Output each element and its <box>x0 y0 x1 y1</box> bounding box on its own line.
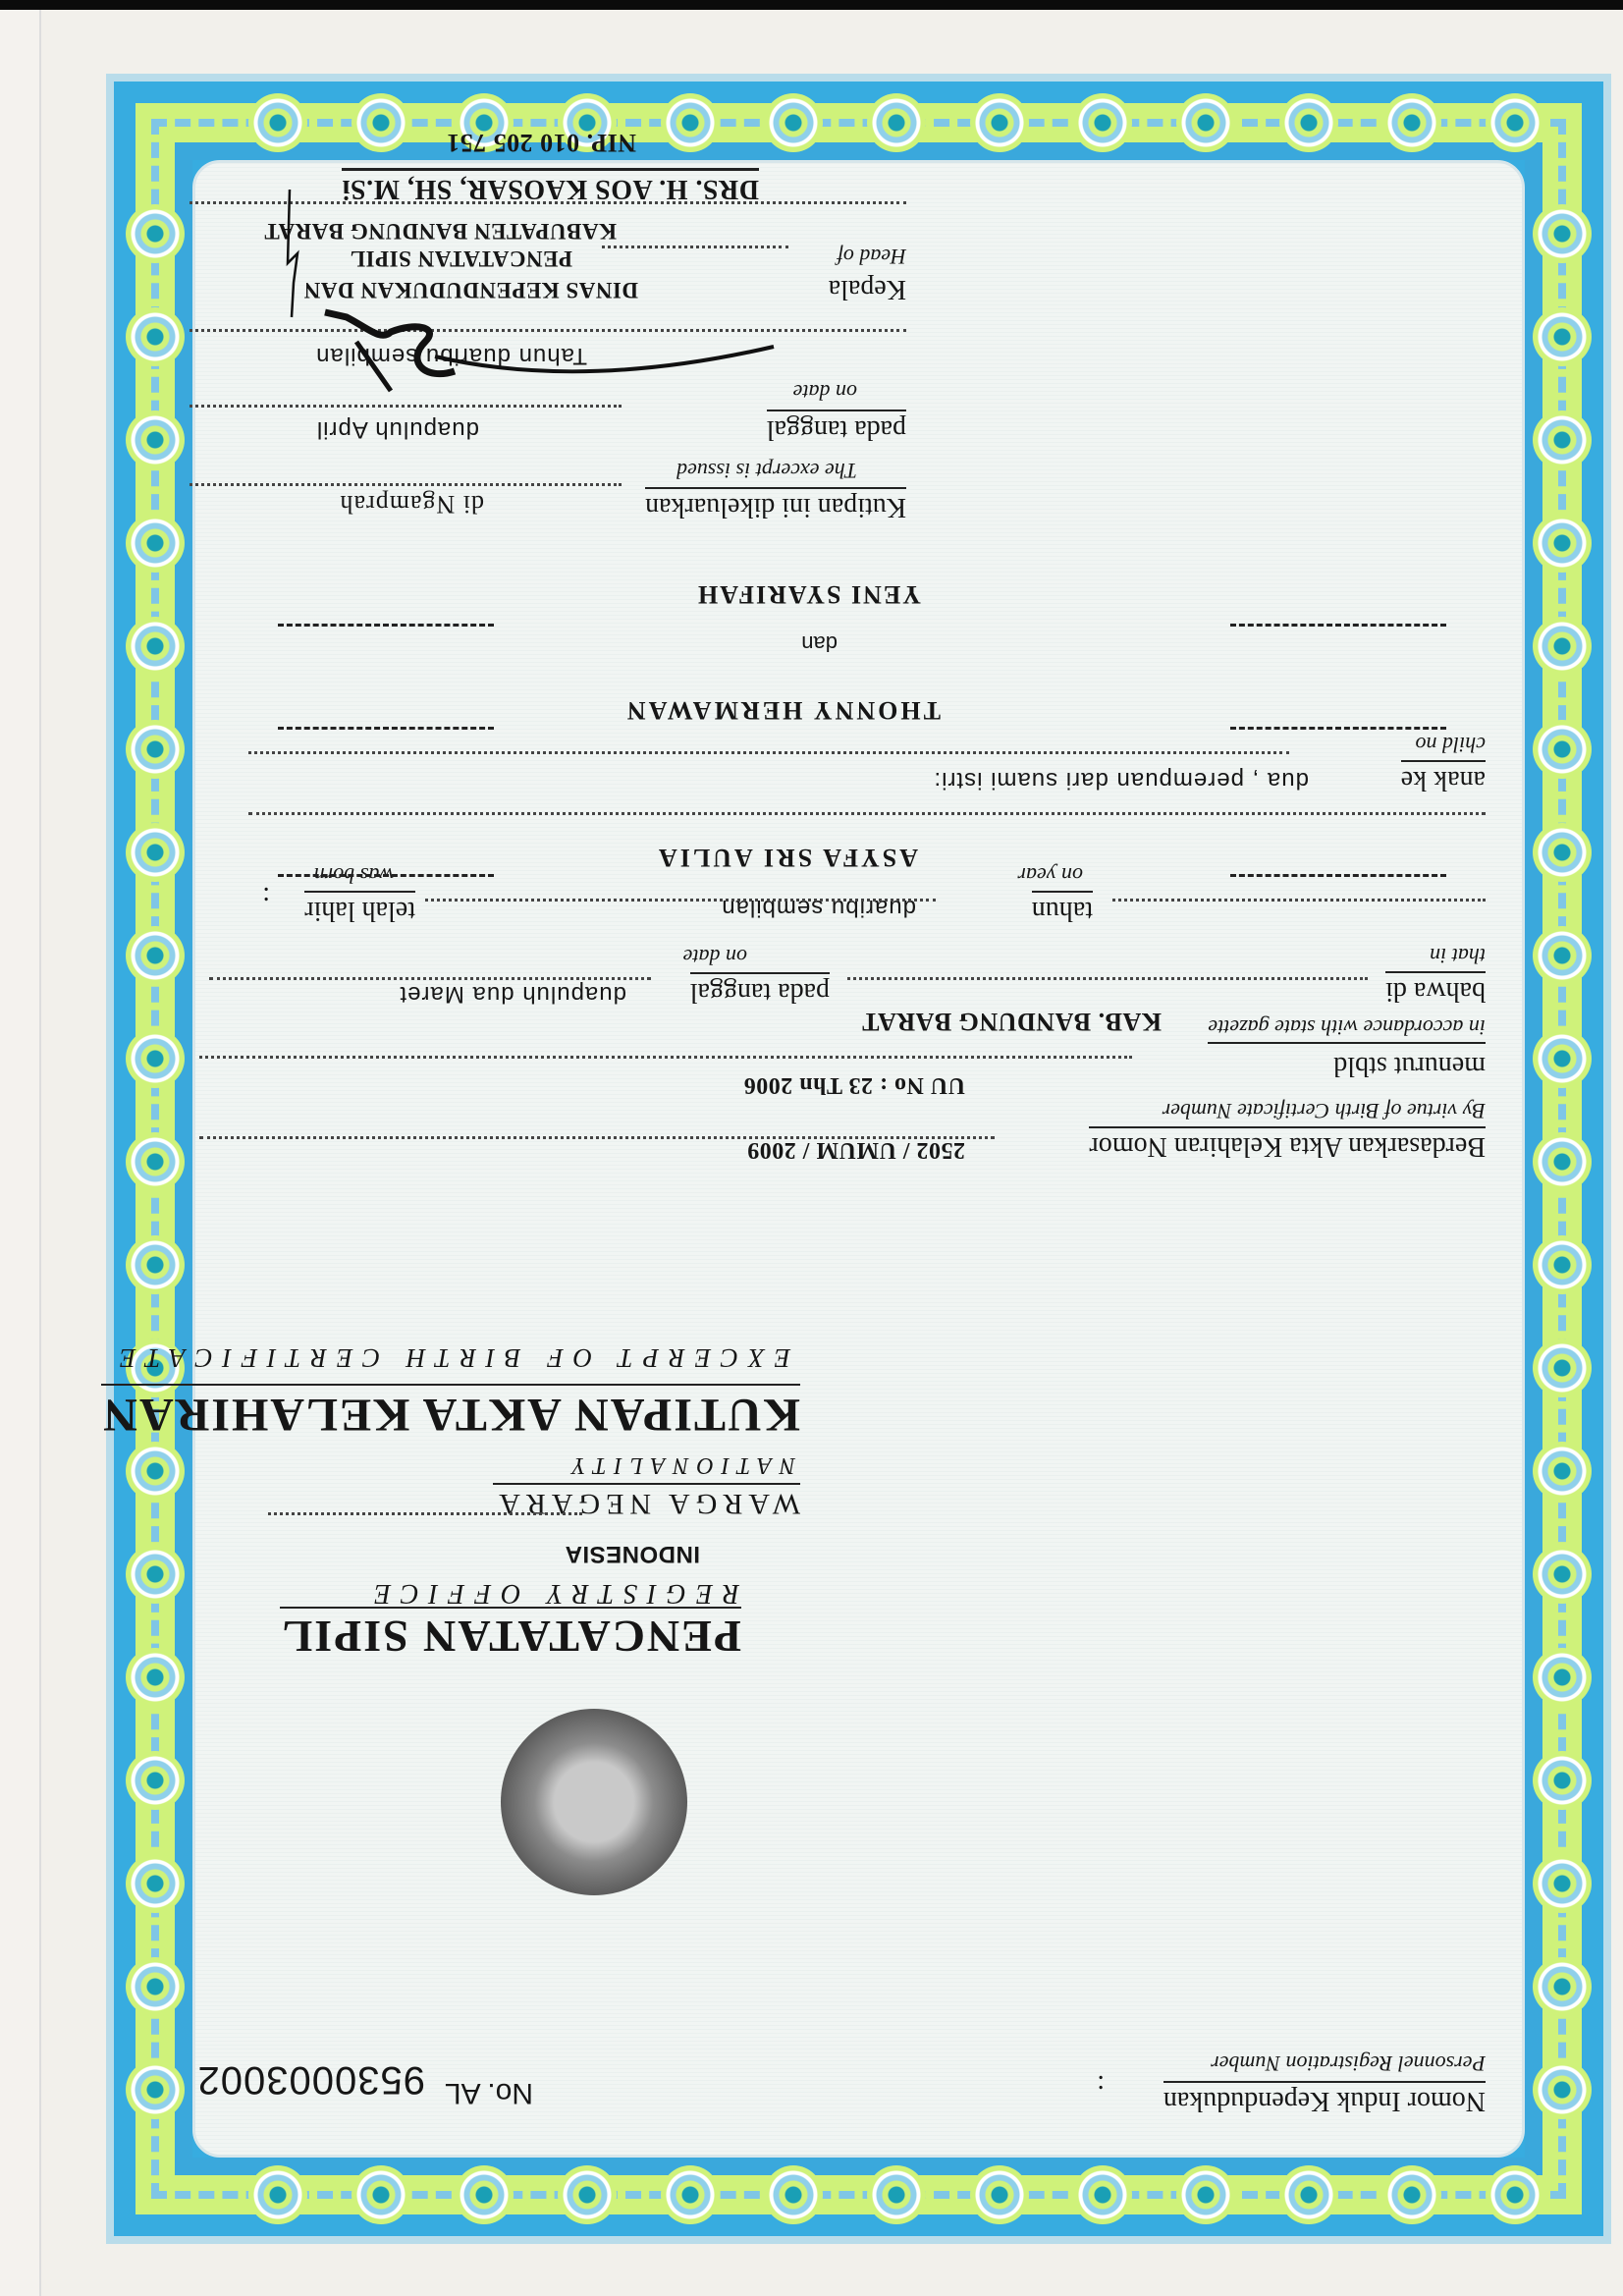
child-no-dotted-line <box>248 751 1289 754</box>
birth-year-dotted-line <box>425 899 936 902</box>
dash-right-2 <box>278 727 494 730</box>
border-ornament-icon <box>558 2165 617 2224</box>
cert-number-value: 2502 / UMUM / 2009 <box>747 1136 965 1163</box>
office-title-en: REGISTRY OFFICE <box>364 1577 739 1609</box>
conjunction: dan <box>801 630 838 656</box>
border-ornament-icon <box>764 2165 823 2224</box>
border-ornament-icon <box>970 93 1029 152</box>
issued-date-dotted-line <box>189 405 622 408</box>
document-title-en: EXCERPT OF BIRTH CERTIFICATE <box>110 1342 790 1373</box>
border-ornament-icon <box>126 1545 185 1604</box>
border-ornament-icon <box>1533 1957 1592 2016</box>
issued-label-en: The excerpt is issued <box>676 458 857 483</box>
gazette-value: UU No : 23 Thn 2006 <box>743 1071 965 1098</box>
border-ornament-icon <box>126 204 185 263</box>
birth-place-label-en: that in <box>1430 943 1486 968</box>
border-ornament-icon <box>1533 617 1592 676</box>
official-name: DRS. H. AOS KAOSAR, SH, M.Si <box>342 168 759 204</box>
issued-date-value: duapuluh April <box>316 415 479 443</box>
border-ornament-icon <box>126 1029 185 1088</box>
birth-certificate: Nomor Induk Kependudukan Personnel Regis… <box>0 0 1623 2296</box>
father-name: THONNY HERMAWAN <box>624 695 941 725</box>
border-ornament-icon <box>248 2165 307 2224</box>
border-ornament-icon <box>1533 204 1592 263</box>
official-nip: NIP. 010 205 751 <box>447 128 636 157</box>
child-name-dotted-line <box>248 812 1486 815</box>
border-ornament-icon <box>126 307 185 366</box>
issued-place: di Ngamprah <box>340 489 484 519</box>
child-name: ASYFA SRI AULIA <box>656 843 918 872</box>
mother-name: YENI SYARIFAH <box>696 579 921 609</box>
border-ornament-icon <box>1382 2165 1441 2224</box>
border-ornament-icon <box>1533 1648 1592 1707</box>
nik-label: Nomor Induk Kependudukan <box>1163 2081 1486 2116</box>
child-no-value: dua , perempuan dari suami istri: <box>934 766 1310 793</box>
document-title: KUTIPAN AKTA KELAHIRAN <box>101 1384 800 1442</box>
border-ornament-icon <box>1533 926 1592 985</box>
border-ornament-icon <box>126 823 185 882</box>
border-ornament-icon <box>1176 2165 1235 2224</box>
border-ornament-icon <box>126 410 185 469</box>
birth-year-label-en: on year <box>1017 862 1083 888</box>
office-title: PENCATATAN SIPIL <box>280 1607 741 1663</box>
gazette-label-en: in accordance with state gazette <box>1208 1012 1486 1044</box>
birth-year-label: tahun <box>1032 891 1093 926</box>
birth-place-label: bahwa di <box>1385 971 1486 1007</box>
birth-place-value: KAB. BANDUNG BARAT <box>862 1007 1162 1036</box>
border-ornament-icon <box>126 617 185 676</box>
birth-date-value: duapuluh dua Maret <box>400 980 627 1008</box>
born-colon: : <box>262 880 270 911</box>
official-seal-stamp <box>501 1709 687 1895</box>
border-ornament-icon <box>1533 1339 1592 1397</box>
border-ornament-icon <box>1533 1854 1592 1913</box>
head-label-en: Head of <box>838 242 906 269</box>
border-ornament-icon <box>1486 2165 1544 2224</box>
border-ornament-icon <box>455 2165 514 2224</box>
issued-date-label: pada tanggal <box>767 410 906 445</box>
paraf-mark-icon <box>270 185 309 322</box>
issued-label: Kutipan ini dikeluarkan <box>645 487 906 522</box>
dash-left-2 <box>1230 727 1446 730</box>
border-ornament-icon <box>1073 93 1132 152</box>
border-ornament-icon <box>1486 93 1544 152</box>
nationality-label-en: NATIONALITY <box>565 1451 795 1478</box>
border-ornament-icon <box>126 1442 185 1501</box>
border-ornament-icon <box>126 1648 185 1707</box>
border-ornament-icon <box>126 1132 185 1191</box>
birth-date-label: pada tanggal <box>690 972 830 1008</box>
border-ornament-icon <box>1533 1442 1592 1501</box>
child-no-label: anak ke <box>1401 760 1486 795</box>
cert-number-label-en: By virtue of Birth Certificate Number <box>1163 1098 1486 1123</box>
border-ornament-icon <box>1176 93 1235 152</box>
nationality-value: INDONESIA <box>565 1540 700 1567</box>
birth-year-dotted-line-left <box>1112 899 1486 902</box>
border-ornament-icon <box>1533 514 1592 573</box>
border-ornament-icon <box>1382 93 1441 152</box>
border-ornament-icon <box>352 2165 410 2224</box>
border-ornament-icon <box>126 720 185 779</box>
dash-left-3 <box>1230 624 1446 627</box>
born-label: telah lahir <box>304 891 415 926</box>
border-ornament-icon <box>867 93 926 152</box>
border-ornament-icon <box>126 514 185 573</box>
issued-place-dotted-line <box>189 483 622 486</box>
nik-label-en: Personnel Registration Number <box>1211 2050 1486 2076</box>
head-label: Kepala <box>829 273 906 304</box>
border-ornament-icon <box>126 1235 185 1294</box>
border-ornament-icon <box>1279 93 1338 152</box>
serial-prefix: No. AL <box>445 2076 533 2109</box>
dash-right-3 <box>278 624 494 627</box>
serial-number: 9530003002 <box>197 2057 425 2102</box>
birth-place-dotted-line <box>847 977 1368 980</box>
issued-date-label-en: on date <box>793 379 857 405</box>
border-ornament-icon <box>1533 1751 1592 1810</box>
border-ornament-icon <box>1533 1029 1592 1088</box>
border-ornament-icon <box>1533 410 1592 469</box>
border-ornament-icon <box>126 926 185 985</box>
border-ornament-icon <box>1279 2165 1338 2224</box>
border-ornament-icon <box>126 1751 185 1810</box>
border-ornament-icon <box>126 1854 185 1913</box>
border-ornament-icon <box>1533 1235 1592 1294</box>
birth-date-label-en: on date <box>683 944 747 969</box>
gazette-label: menurut stbld <box>1333 1050 1486 1081</box>
border-ornament-icon <box>1533 2060 1592 2119</box>
birth-date-dotted-line <box>209 977 651 980</box>
gazette-dotted-line <box>199 1056 1132 1059</box>
dash-left-1 <box>1230 874 1446 877</box>
border-ornament-icon <box>1533 720 1592 779</box>
border-ornament-icon <box>1533 307 1592 366</box>
border-ornament-icon <box>970 2165 1029 2224</box>
nationality-dotted-line <box>268 1512 582 1515</box>
border-ornament-icon <box>126 1957 185 2016</box>
dash-right-1 <box>278 874 494 877</box>
cert-number-label: Berdasarkan Akta Kelahiran Nomor <box>1089 1126 1486 1162</box>
child-no-label-en: child no <box>1416 732 1487 757</box>
border-ornament-icon <box>661 2165 720 2224</box>
border-ornament-icon <box>867 2165 926 2224</box>
border-ornament-icon <box>1533 823 1592 882</box>
border-ornament-icon <box>1073 2165 1132 2224</box>
border-ornament-icon <box>126 2060 185 2119</box>
nik-colon: : <box>1097 2068 1105 2100</box>
border-ornament-icon <box>1533 1545 1592 1604</box>
border-ornament-icon <box>1533 1132 1592 1191</box>
